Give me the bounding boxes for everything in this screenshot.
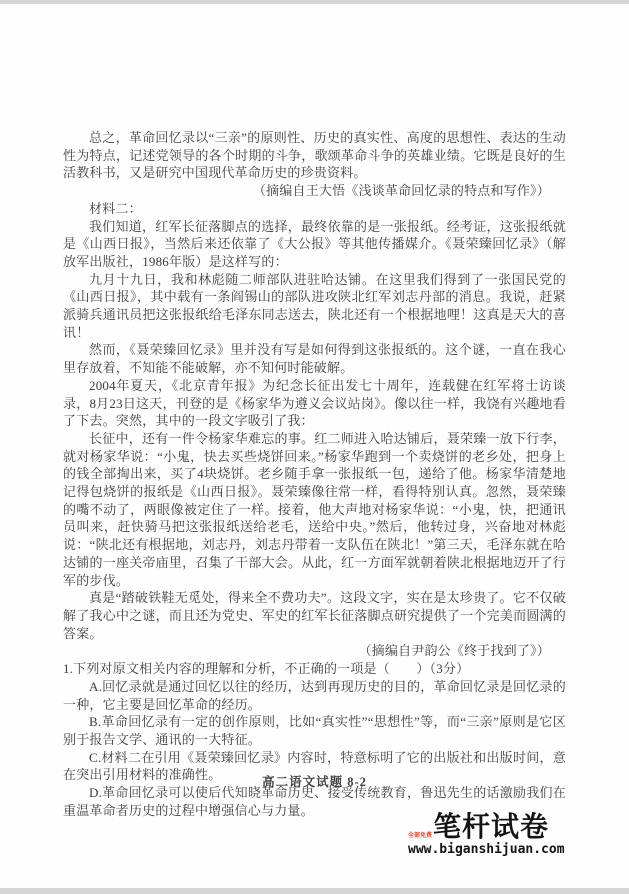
paragraph: 然而，《聂荣臻回忆录》里并没有写是如何得到这张报纸的。这个谜，一直在我心里存放着… — [63, 341, 566, 376]
watermark-brand-row: 全部免费 笔杆试卷 — [408, 812, 573, 842]
paragraph: 2004年夏天，《北京青年报》为纪念长征出发七十周年，连载健在红军将士访谈录，8… — [63, 377, 566, 430]
attribution-material-one: （摘编自王大悟《浅谈革命回忆录的特点和写作》） — [63, 182, 566, 200]
watermark-url: www.biganshijuan.com — [408, 842, 573, 857]
scan-edge-top — [0, 0, 629, 4]
watermark-free-badge: 全部免费 — [408, 830, 432, 839]
watermark: 全部免费 笔杆试卷 www.biganshijuan.com — [408, 812, 573, 857]
question-1-option-b: B.革命回忆录有一定的创作原则，比如“真实性”“思想性”等，而“三亲”原则是它区… — [63, 713, 566, 748]
question-1-option-a: A.回忆录就是通过回忆以往的经历，达到再现历史的目的，革命回忆录是回忆录的一种，… — [63, 678, 566, 713]
scan-edge-bottom — [0, 888, 629, 894]
paragraph: 我们知道，红军长征落脚点的选择，最终依靠的是一张报纸。经考证，这张报纸就是《山西… — [63, 218, 566, 271]
material-two-heading: 材料二： — [63, 200, 566, 218]
paragraph-conclusion: 总之，革命回忆录以“三亲”的原则性、历史的真实性、高度的思想性、表达的生动性为特… — [63, 129, 566, 182]
exam-text-body: 总之，革命回忆录以“三亲”的原则性、历史的真实性、高度的思想性、表达的生动性为特… — [63, 129, 566, 819]
paragraph: 真是“踏破铁鞋无觅处，得来全不费功夫”。这段文字，实在是太珍贵了。它不仅破解了我… — [63, 589, 566, 642]
scanned-exam-page: 总之，革命回忆录以“三亲”的原则性、历史的真实性、高度的思想性、表达的生动性为特… — [0, 0, 629, 894]
watermark-brand: 笔杆试卷 — [433, 812, 549, 842]
page-footer: 高二语文试题 8-2 — [0, 772, 629, 790]
paragraph: 长征中，还有一件令杨家华难忘的事。红二师进入哈达铺后，聂荣臻一放下行李，就对杨家… — [63, 430, 566, 589]
attribution-material-two: （摘编自尹韵公《终于找到了》） — [63, 642, 566, 660]
paragraph: 九月十九日，我和林彪随二师部队进驻哈达铺。在这里我们得到了一张国民党的《山西日报… — [63, 271, 566, 342]
question-1-stem: 1.下列对原文相关内容的理解和分析，不正确的一项是（ ）（3分） — [63, 660, 566, 678]
